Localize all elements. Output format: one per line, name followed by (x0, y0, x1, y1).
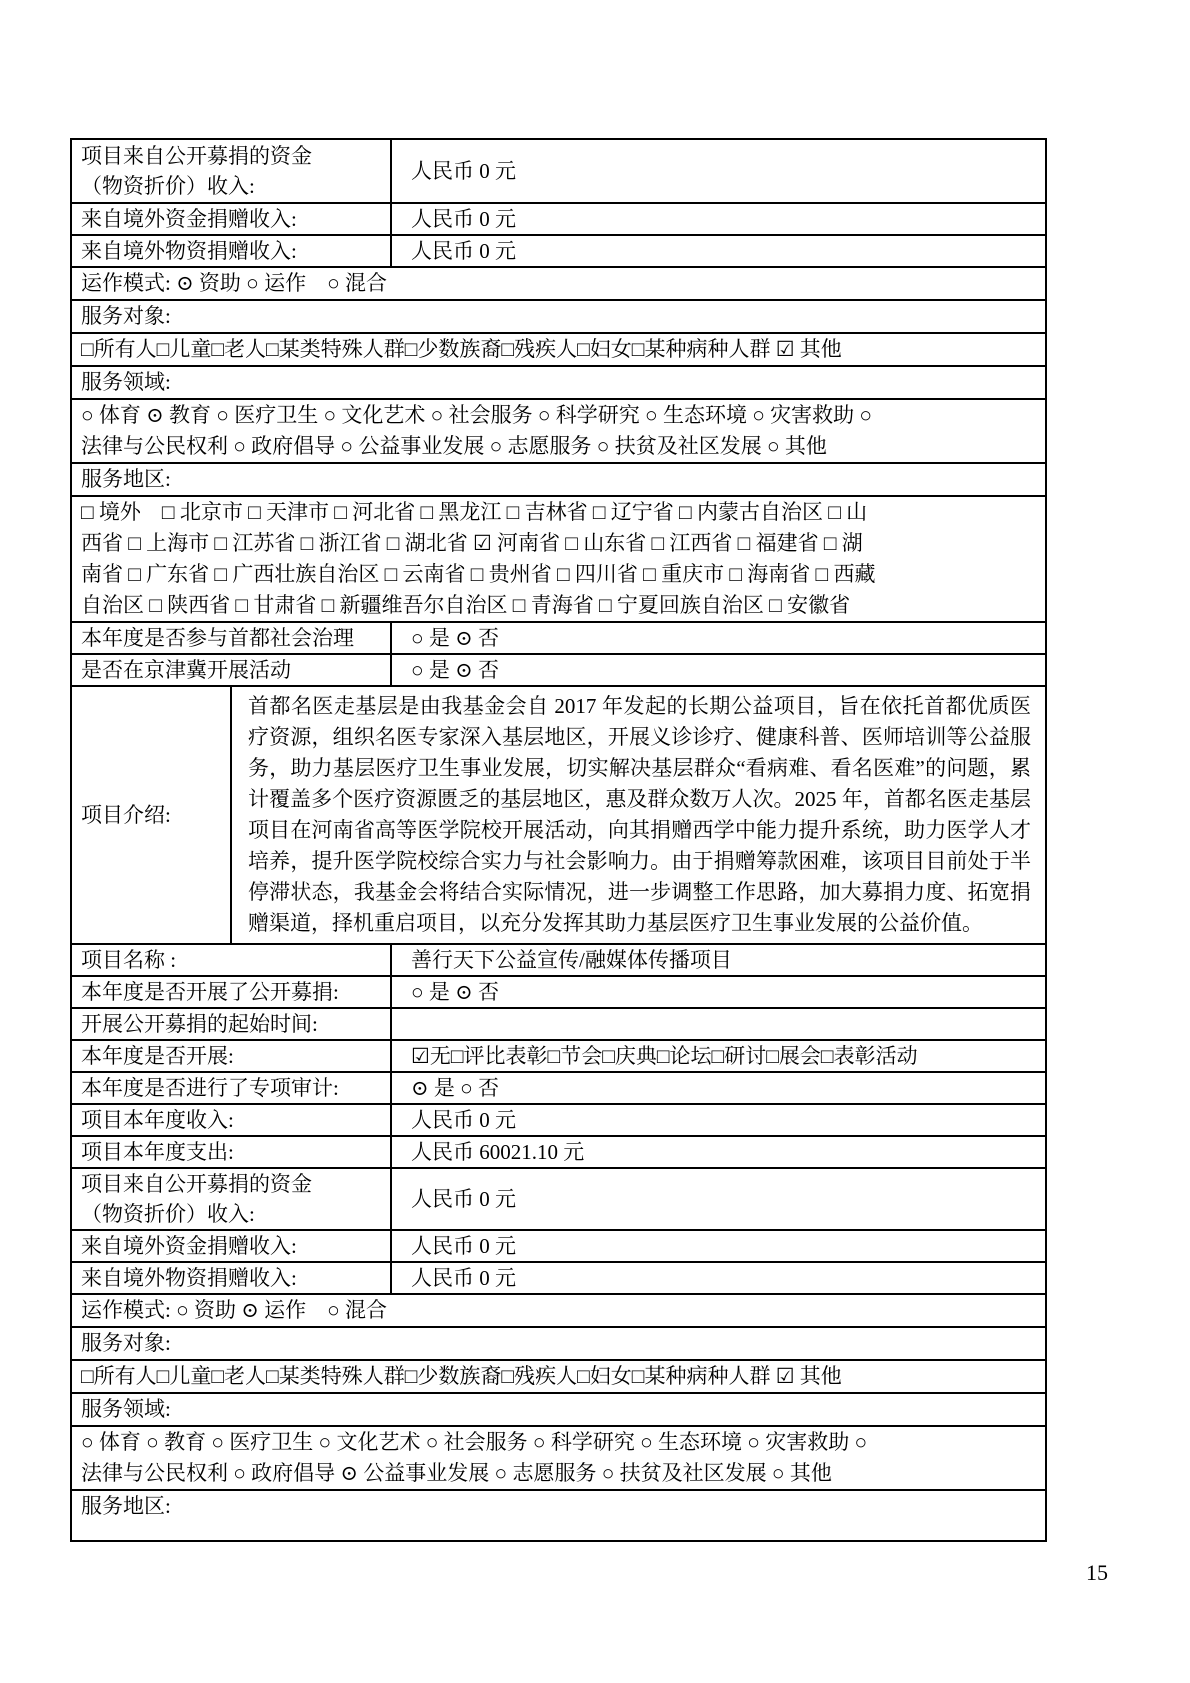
row-label: 来自境外资金捐赠收入: (72, 204, 392, 234)
service-target-options: □所有人□儿童□老人□某类特殊人群□少数族裔□残疾人□妇女□某种病种人群 ☑ 其… (72, 1359, 1045, 1392)
table-row: 项目来自公开募捐的资金 （物资折价）收入: 人民币 0 元 (72, 1167, 1045, 1229)
project-intro-text: 首都名医走基层是由我基金会自 2017 年发起的长期公益项目，旨在依托首都优质医… (232, 687, 1045, 943)
project-report-form-table: 项目来自公开募捐的资金 （物资折价）收入: 人民币 0 元 来自境外资金捐赠收入… (70, 138, 1047, 1542)
row-value: ⊙ 是 ○ 否 (392, 1073, 1045, 1103)
row-label: 本年度是否开展了公开募捐: (72, 977, 392, 1007)
table-row: 开展公开募捐的起始时间: (72, 1007, 1045, 1039)
page-number: 15 (1086, 1560, 1108, 1586)
row-value: 人民币 0 元 (392, 236, 1045, 266)
table-row: 是否在京津冀开展活动 ○ 是 ⊙ 否 (72, 653, 1045, 685)
table-row: 本年度是否参与首都社会治理 ○ 是 ⊙ 否 (72, 621, 1045, 653)
row-label-line2: （物资折价）收入: (81, 171, 384, 201)
service-field-header: 服务领域: (72, 365, 1045, 398)
service-field-options-line1: ○ 体育 ⊙ 教育 ○ 医疗卫生 ○ 文化艺术 ○ 社会服务 ○ 科学研究 ○ … (81, 400, 1039, 431)
service-field-options-line2: 法律与公民权利 ○ 政府倡导 ○ 公益事业发展 ○ 志愿服务 ○ 扶贫及社区发展… (81, 431, 1039, 462)
row-label: 来自境外资金捐赠收入: (72, 1231, 392, 1261)
row-label: 本年度是否进行了专项审计: (72, 1073, 392, 1103)
row-value (392, 1009, 1045, 1039)
table-row: 项目来自公开募捐的资金 （物资折价）收入: 人民币 0 元 (72, 140, 1045, 202)
row-label: 项目本年度支出: (72, 1137, 392, 1167)
row-label-line2: （物资折价）收入: (81, 1199, 384, 1229)
service-field-header: 服务领域: (72, 1392, 1045, 1425)
row-label: 来自境外物资捐赠收入: (72, 236, 392, 266)
table-row: 本年度是否进行了专项审计: ⊙ 是 ○ 否 (72, 1071, 1045, 1103)
service-field-options-line1: ○ 体育 ○ 教育 ○ 医疗卫生 ○ 文化艺术 ○ 社会服务 ○ 科学研究 ○ … (81, 1427, 1039, 1458)
row-label: 开展公开募捐的起始时间: (72, 1009, 392, 1039)
table-row: 本年度是否开展了公开募捐: ○ 是 ⊙ 否 (72, 975, 1045, 1007)
project-intro-row: 项目介绍: 首都名医走基层是由我基金会自 2017 年发起的长期公益项目，旨在依… (72, 685, 1045, 943)
row-label: 本年度是否参与首都社会治理 (72, 623, 392, 653)
row-value: ☑无□评比表彰□节会□庆典□论坛□研讨□展会□表彰活动 (392, 1041, 1045, 1071)
row-label: 项目来自公开募捐的资金 （物资折价）收入: (72, 1169, 392, 1229)
row-value: 人民币 60021.10 元 (392, 1137, 1045, 1167)
row-label-line1: 项目来自公开募捐的资金 (81, 141, 384, 171)
project-name-row: 项目名称 : 善行天下公益宣传/融媒体传播项目 (72, 943, 1045, 975)
service-target-header: 服务对象: (72, 299, 1045, 332)
service-region-options-line2: 西省 □ 上海市 □ 江苏省 □ 浙江省 □ 湖北省 ☑ 河南省 □ 山东省 □… (81, 528, 1039, 559)
row-label: 本年度是否开展: (72, 1041, 392, 1071)
table-row: 本年度是否开展: ☑无□评比表彰□节会□庆典□论坛□研讨□展会□表彰活动 (72, 1039, 1045, 1071)
service-region-options-line3: 南省 □ 广东省 □ 广西壮族自治区 □ 云南省 □ 贵州省 □ 四川省 □ 重… (81, 559, 1039, 590)
row-value: 善行天下公益宣传/融媒体传播项目 (392, 945, 1045, 975)
table-row: 来自境外资金捐赠收入: 人民币 0 元 (72, 202, 1045, 234)
service-region-options: □ 境外 □ 北京市 □ 天津市 □ 河北省 □ 黑龙江 □ 吉林省 □ 辽宁省… (72, 495, 1045, 621)
row-label: 来自境外物资捐赠收入: (72, 1263, 392, 1293)
row-label-line1: 项目来自公开募捐的资金 (81, 1169, 384, 1199)
row-value: 人民币 0 元 (392, 1105, 1045, 1135)
table-row: 项目本年度支出: 人民币 60021.10 元 (72, 1135, 1045, 1167)
service-field-options: ○ 体育 ⊙ 教育 ○ 医疗卫生 ○ 文化艺术 ○ 社会服务 ○ 科学研究 ○ … (72, 398, 1045, 462)
row-label: 项目名称 : (72, 945, 392, 975)
row-value: 人民币 0 元 (392, 140, 1045, 202)
row-label: 项目本年度收入: (72, 1105, 392, 1135)
service-region-options-line4: 自治区 □ 陕西省 □ 甘肃省 □ 新疆维吾尔自治区 □ 青海省 □ 宁夏回族自… (81, 590, 1039, 621)
project-intro-label: 项目介绍: (72, 687, 232, 943)
service-target-options: □所有人□儿童□老人□某类特殊人群□少数族裔□残疾人□妇女□某种病种人群 ☑ 其… (72, 332, 1045, 365)
table-row: 来自境外物资捐赠收入: 人民币 0 元 (72, 1261, 1045, 1293)
row-value: 人民币 0 元 (392, 1263, 1045, 1293)
row-label: 是否在京津冀开展活动 (72, 655, 392, 685)
row-value: 人民币 0 元 (392, 204, 1045, 234)
service-field-options-line2: 法律与公民权利 ○ 政府倡导 ⊙ 公益事业发展 ○ 志愿服务 ○ 扶贫及社区发展… (81, 1458, 1039, 1489)
row-value: 人民币 0 元 (392, 1231, 1045, 1261)
table-row: 来自境外资金捐赠收入: 人民币 0 元 (72, 1229, 1045, 1261)
row-value: ○ 是 ⊙ 否 (392, 623, 1045, 653)
row-value: ○ 是 ⊙ 否 (392, 977, 1045, 1007)
service-target-header: 服务对象: (72, 1326, 1045, 1359)
row-value: 人民币 0 元 (392, 1169, 1045, 1229)
service-region-options-line1: □ 境外 □ 北京市 □ 天津市 □ 河北省 □ 黑龙江 □ 吉林省 □ 辽宁省… (81, 497, 1039, 528)
service-region-header: 服务地区: (72, 1489, 1045, 1540)
operation-mode-row: 运作模式: ⊙ 资助 ○ 运作 ○ 混合 (72, 266, 1045, 299)
row-label: 项目来自公开募捐的资金 （物资折价）收入: (72, 140, 392, 202)
service-field-options: ○ 体育 ○ 教育 ○ 医疗卫生 ○ 文化艺术 ○ 社会服务 ○ 科学研究 ○ … (72, 1425, 1045, 1489)
row-value: ○ 是 ⊙ 否 (392, 655, 1045, 685)
operation-mode-row: 运作模式: ○ 资助 ⊙ 运作 ○ 混合 (72, 1293, 1045, 1326)
table-row: 项目本年度收入: 人民币 0 元 (72, 1103, 1045, 1135)
table-row: 来自境外物资捐赠收入: 人民币 0 元 (72, 234, 1045, 266)
service-region-header: 服务地区: (72, 462, 1045, 495)
